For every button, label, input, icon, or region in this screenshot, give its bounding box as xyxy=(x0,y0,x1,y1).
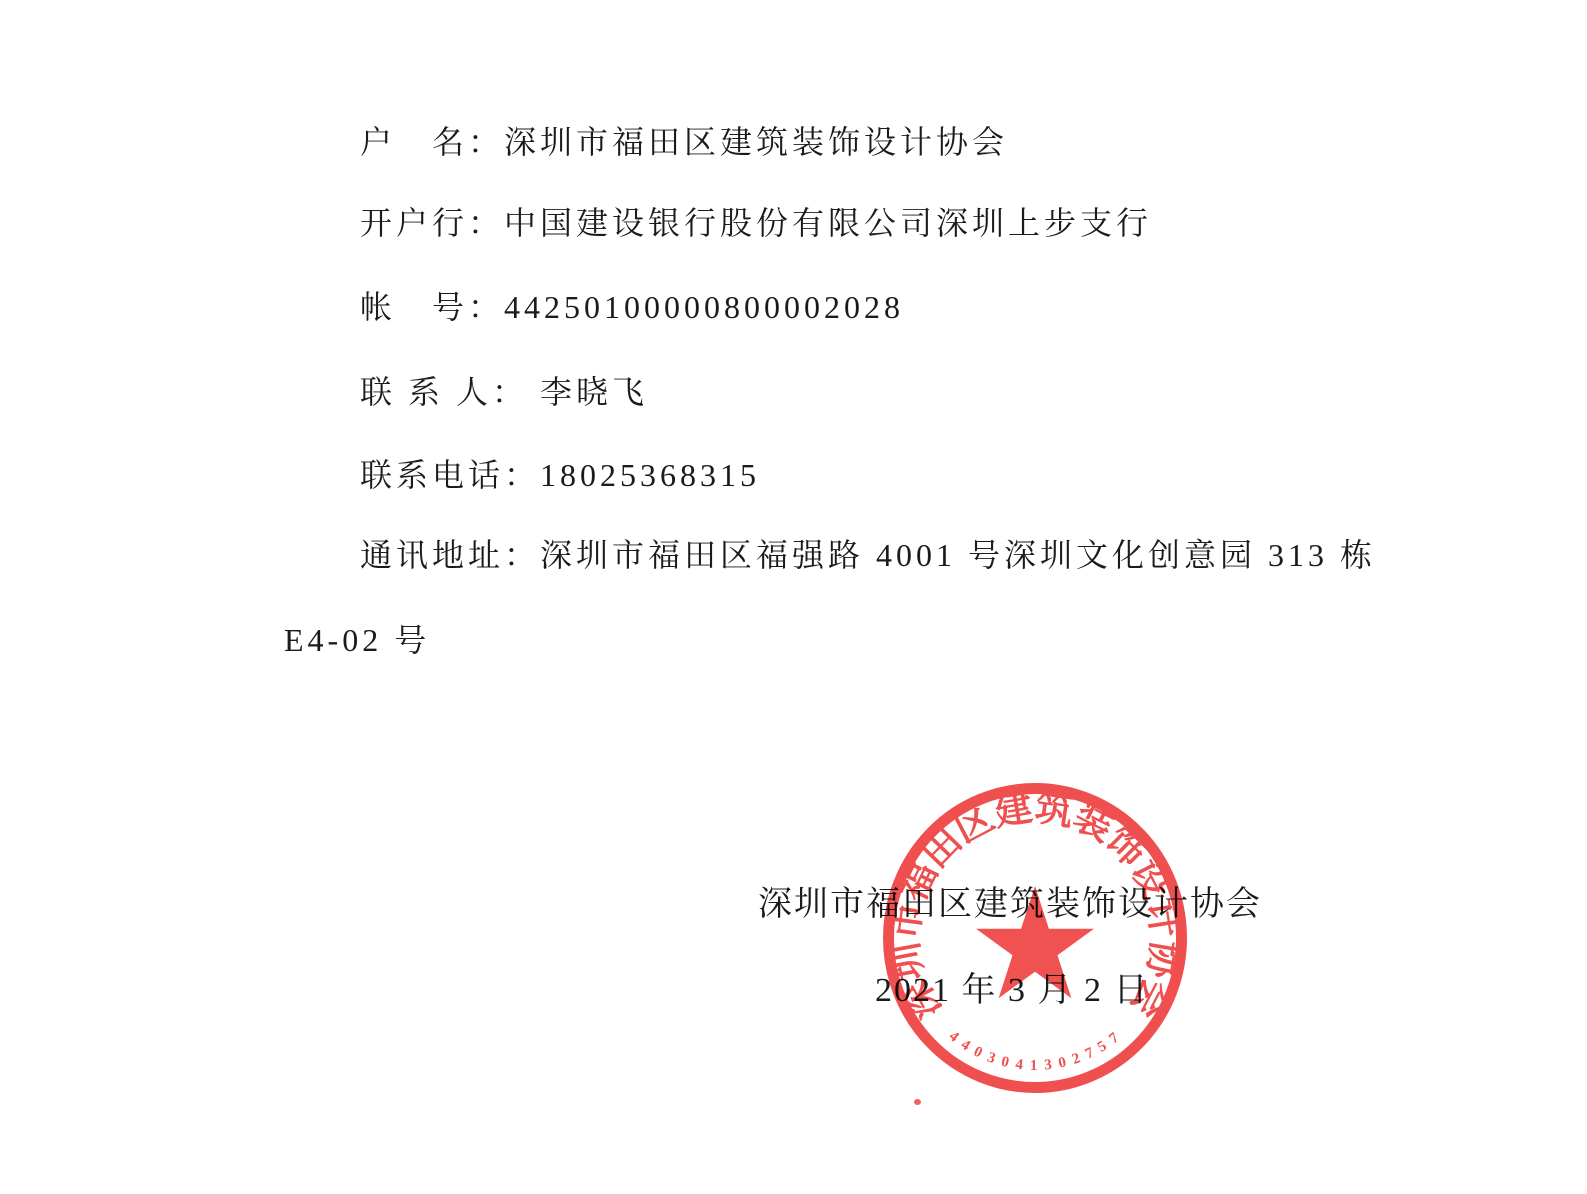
official-seal-graphic: 深圳市福田区建筑装饰设计协会 4403041302757 xyxy=(882,782,1188,1094)
document-page: 户 名：深圳市福田区建筑装饰设计协会 开户行：中国建设银行股份有限公司深圳上步支… xyxy=(0,0,1587,1194)
field-account-number-label: 帐 号： xyxy=(360,289,504,325)
official-seal: 深圳市福田区建筑装饰设计协会 4403041302757 xyxy=(882,782,1188,1094)
field-contact-phone-label: 联系电话： xyxy=(360,457,540,493)
field-mailing-address: 通讯地址：深圳市福田区福强路 4001 号深圳文化创意园 313 栋 xyxy=(312,503,1376,609)
star-icon xyxy=(976,886,1094,998)
field-mailing-address-label: 通讯地址： xyxy=(360,537,540,573)
field-bank-name-label: 开户行： xyxy=(360,205,504,241)
field-bank-name-value: 中国建设银行股份有限公司深圳上步支行 xyxy=(504,205,1152,241)
seal-ink-speck xyxy=(914,1099,921,1105)
address-continuation-text: E4-02 号 xyxy=(284,622,430,658)
field-account-name-value: 深圳市福田区建筑装饰设计协会 xyxy=(504,124,1008,160)
field-contact-phone-value: 18025368315 xyxy=(540,457,760,493)
field-account-number-value: 44250100000800002028 xyxy=(504,289,904,325)
field-contact-person-value: 李晓飞 xyxy=(528,374,648,410)
field-contact-person-label: 联 系 人： xyxy=(360,374,528,410)
address-continuation: E4-02 号 xyxy=(236,588,430,694)
field-account-name-label: 户 名： xyxy=(360,124,504,160)
field-mailing-address-value: 深圳市福田区福强路 4001 号深圳文化创意园 313 栋 xyxy=(540,537,1376,573)
